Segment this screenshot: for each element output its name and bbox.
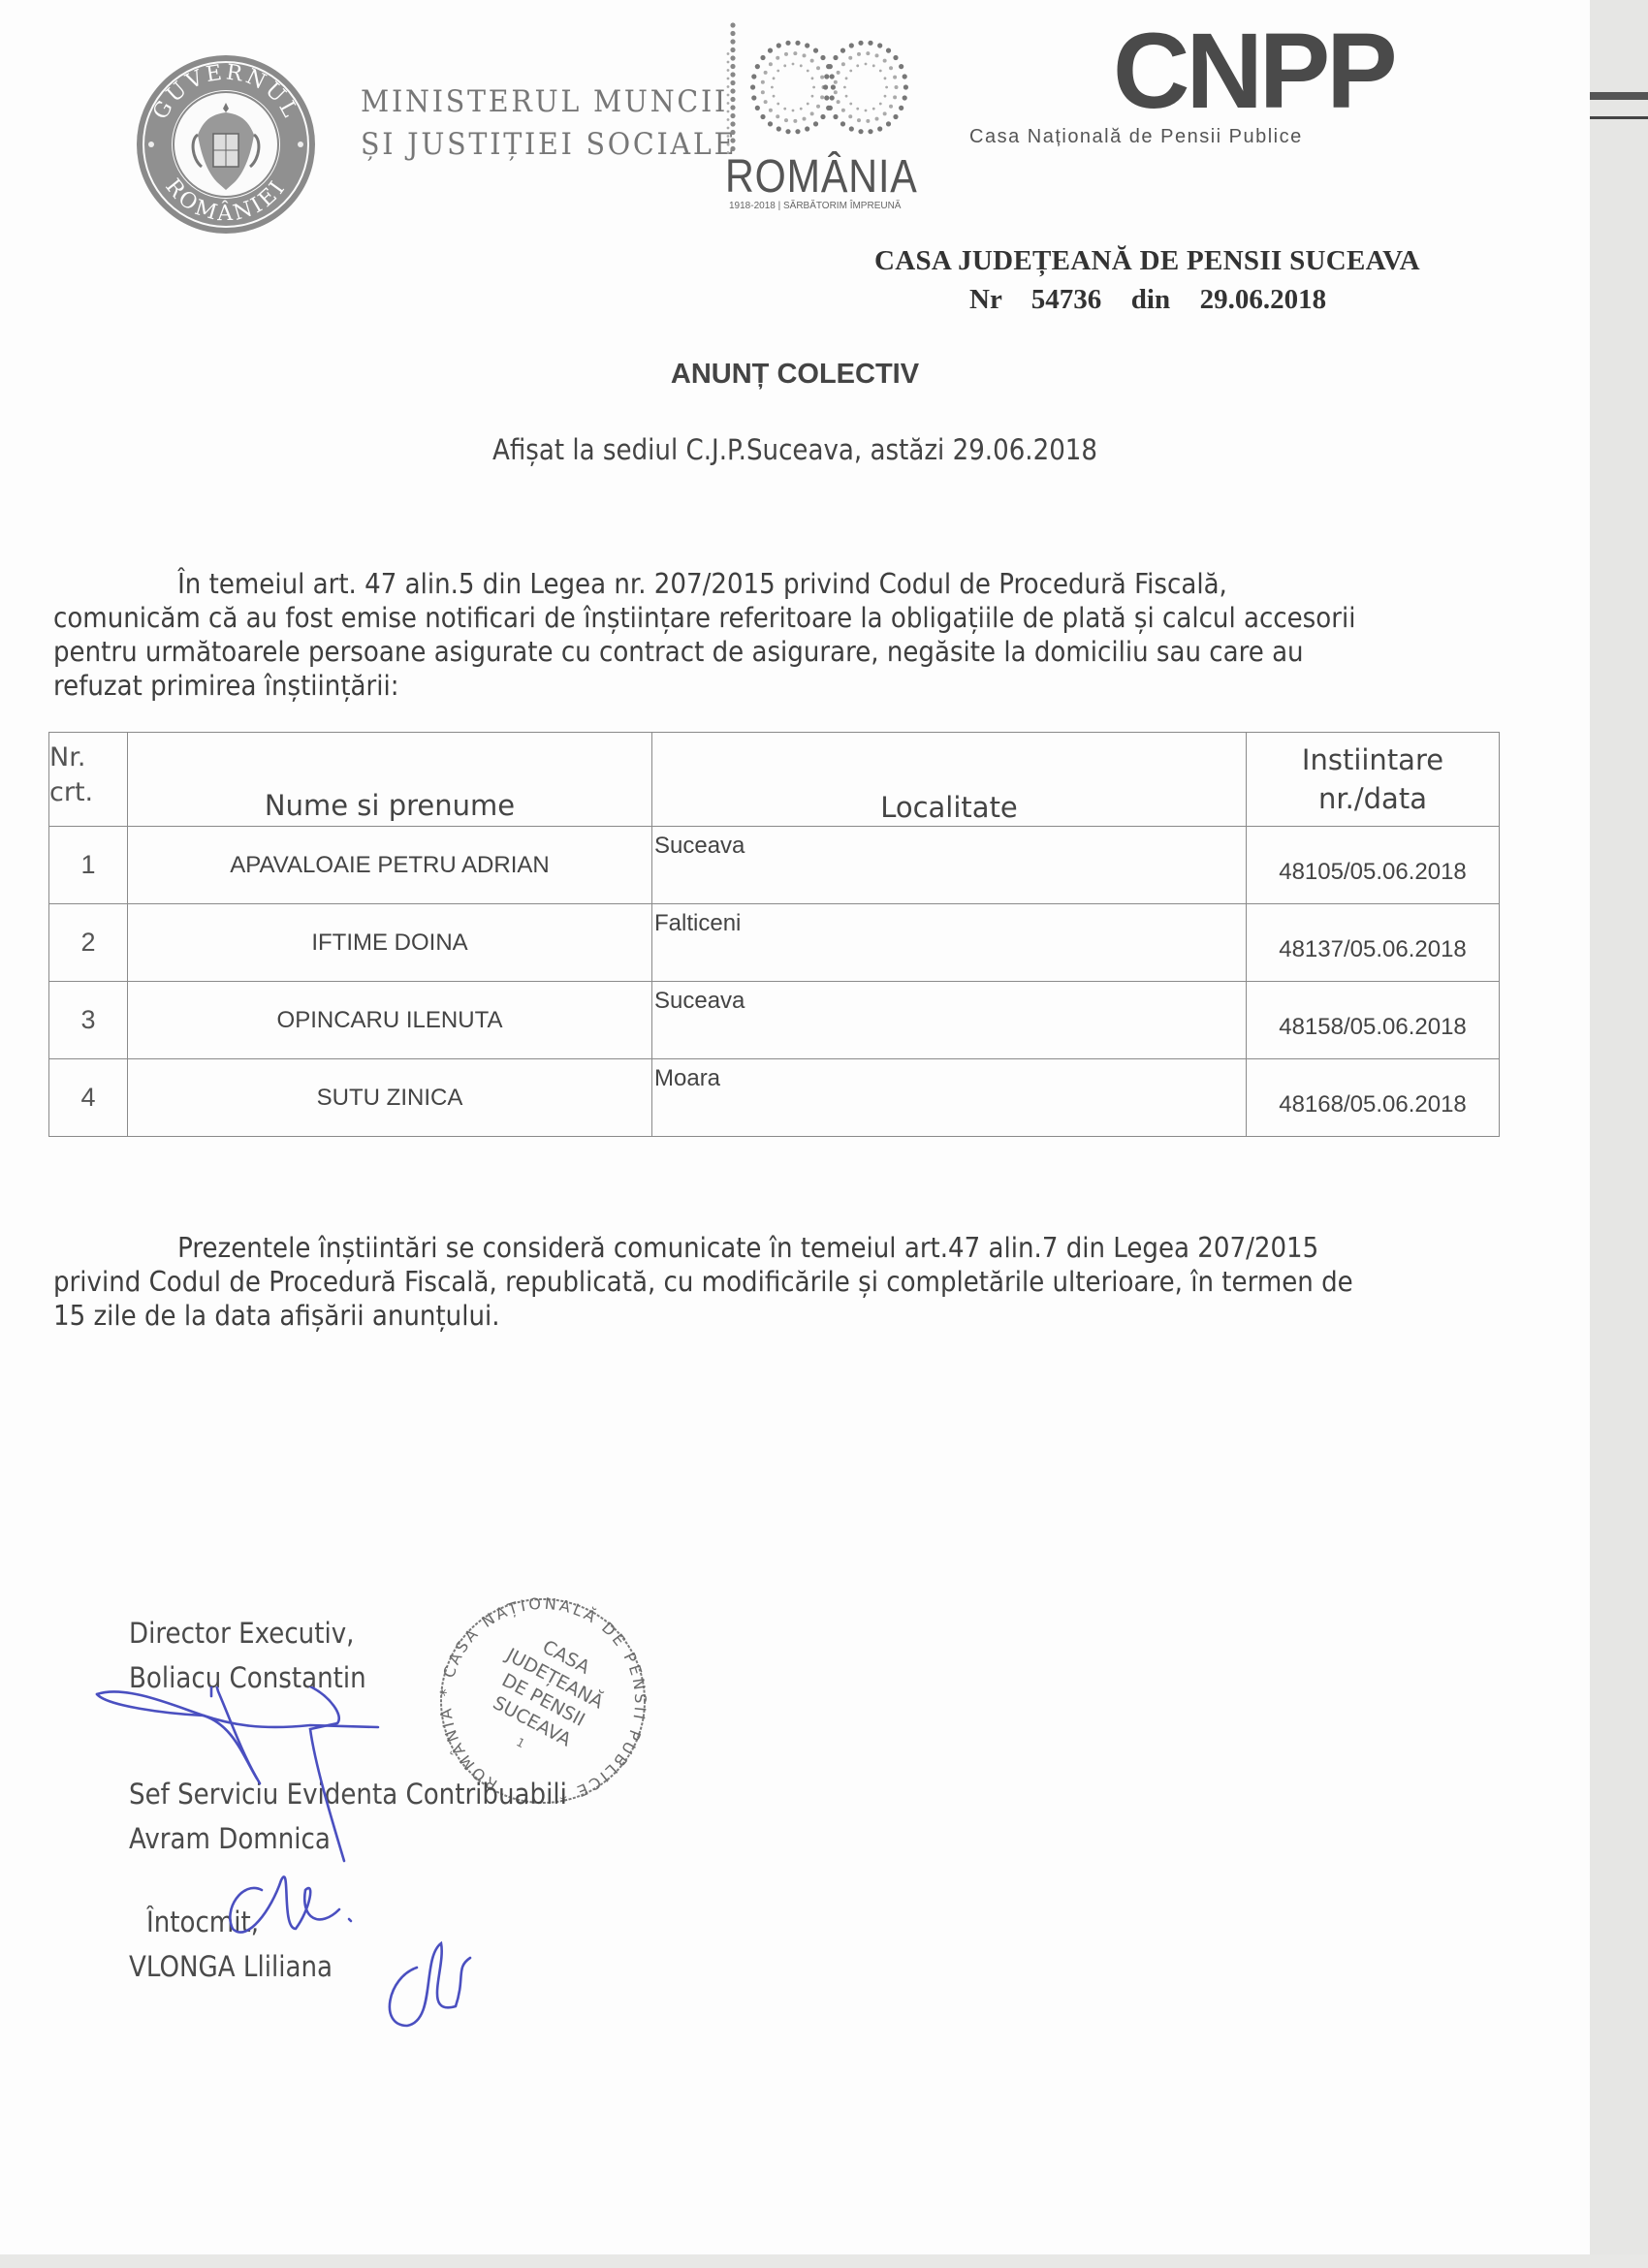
notices-table: Nr.crt. Nume si prenume Localitate Insti…	[48, 732, 1500, 1137]
centenary-romania-word: ROMÂNIA	[725, 150, 918, 204]
institution-name: CASA JUDEȚEANĂ DE PENSII SUCEAVA	[874, 245, 1420, 277]
cell-name: OPINCARU ILENUTA	[128, 982, 652, 1059]
intro-paragraph: În temeiul art. 47 alin.5 din Legea nr. …	[53, 567, 1357, 703]
scanner-edge	[1590, 0, 1648, 2268]
centenary-subtitle: 1918-2018 | SĂRBĂTORIM ÎMPREUNĂ	[729, 201, 901, 211]
cell-locality: Suceava	[652, 827, 1247, 904]
table-row: 3 OPINCARU ILENUTA Suceava 48158/05.06.2…	[49, 982, 1500, 1059]
cell-nr: 4	[49, 1059, 128, 1137]
cell-nr: 1	[49, 827, 128, 904]
scanner-edge-mark	[1590, 92, 1648, 100]
ministry-name: MINISTERUL MUNCII ȘI JUSTIȚIEI SOCIALE	[361, 80, 737, 166]
cnpp-logo: CNPP	[1113, 10, 1394, 133]
handwritten-signatures-icon	[87, 1686, 688, 2035]
document-title: ANUNȚ COLECTIV	[0, 359, 1590, 391]
cell-locality: Moara	[652, 1059, 1247, 1137]
cell-nr: 2	[49, 904, 128, 982]
table-row: 4 SUTU ZINICA Moara 48168/05.06.2018	[49, 1059, 1500, 1137]
government-emblem-icon: GUVERNUL ROMÂNIEI	[134, 52, 318, 236]
table-row: 1 APAVALOAIE PETRU ADRIAN Suceava 48105/…	[49, 827, 1500, 904]
table-header-row: Nr.crt. Nume si prenume Localitate Insti…	[49, 733, 1500, 827]
cell-name: SUTU ZINICA	[128, 1059, 652, 1137]
ministry-line-2: ȘI JUSTIȚIEI SOCIALE	[361, 123, 737, 166]
registration-number: Nr 54736 din 29.06.2018	[969, 284, 1326, 316]
posted-notice: Afișat la sediul C.J.P.Suceava, astăzi 2…	[79, 433, 1510, 466]
signatory-role: Director Executiv,	[129, 1611, 366, 1655]
scanner-bottom-edge	[0, 2254, 1648, 2268]
cell-notice: 48137/05.06.2018	[1247, 904, 1500, 982]
ministry-line-1: MINISTERUL MUNCII	[361, 80, 737, 123]
cnpp-full-name: Casa Națională de Pensii Publice	[969, 126, 1303, 148]
header-locality: Localitate	[652, 733, 1247, 827]
cell-name: APAVALOAIE PETRU ADRIAN	[128, 827, 652, 904]
cell-nr: 3	[49, 982, 128, 1059]
cell-notice: 48105/05.06.2018	[1247, 827, 1500, 904]
scanner-edge-mark	[1590, 116, 1648, 119]
cell-name: IFTIME DOINA	[128, 904, 652, 982]
cell-locality: Suceava	[652, 982, 1247, 1059]
header-nr: Nr.crt.	[49, 733, 128, 827]
header-name: Nume si prenume	[128, 733, 652, 827]
closing-paragraph: Prezentele înștiintări se consideră comu…	[53, 1231, 1357, 1333]
header-notice: Instiintarenr./data	[1247, 733, 1500, 827]
cell-locality: Falticeni	[652, 904, 1247, 982]
table-row: 2 IFTIME DOINA Falticeni 48137/05.06.201…	[49, 904, 1500, 982]
cell-notice: 48168/05.06.2018	[1247, 1059, 1500, 1137]
cell-notice: 48158/05.06.2018	[1247, 982, 1500, 1059]
